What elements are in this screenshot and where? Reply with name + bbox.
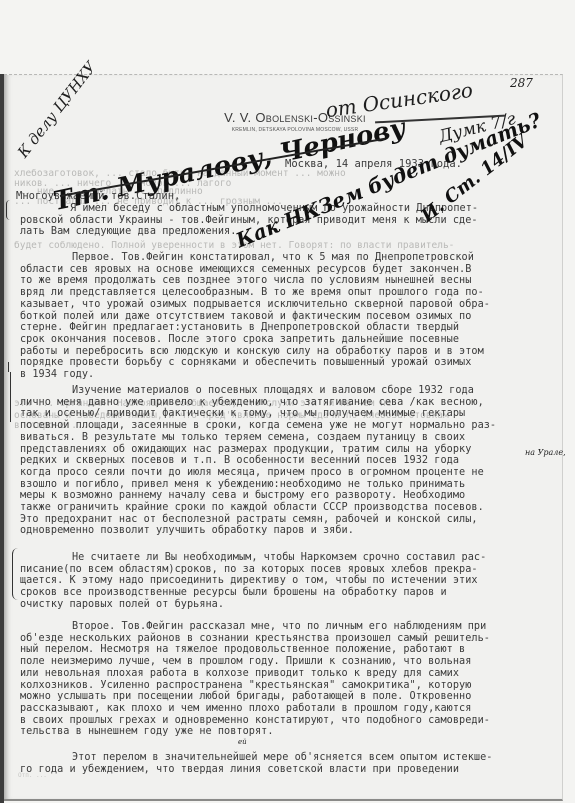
body-line: Изучение материалов о посевных площадях … [72, 385, 474, 396]
body-line: поле неизмеримо лучше, чем в прошлом год… [20, 656, 471, 667]
body-line: редких и скверных посевов и т.п. В особе… [20, 455, 459, 466]
margin-bracket-mark [12, 548, 19, 600]
body-line: виваться. В результате мы только теряем … [20, 432, 465, 443]
body-line: одновременно позволит улучшить обработку… [20, 525, 354, 536]
body-line: го года и убеждением, что твердая линия … [20, 764, 459, 775]
body-line: Первое. Тов.Фейгин констатировал, что к … [72, 252, 474, 263]
margin-bracket-mark [10, 372, 14, 422]
margin-bracket-mark [6, 200, 10, 220]
body-line: представлениях об ожидающих нас размерах… [20, 444, 471, 455]
body-line: посевной площади, засеянные в сроки, ког… [20, 420, 496, 431]
body-line: в 1934 году. [20, 369, 94, 380]
body-line: сроков все производственные ресурсы были… [20, 587, 447, 598]
body-line: об'езде нескольких районов в сознании кр… [20, 633, 490, 644]
handwritten-page-number: 287 [510, 76, 533, 90]
footer-stamp: Отп. ... [18, 772, 47, 779]
handwritten-correction: ей [238, 738, 247, 746]
body-line: писание(по всем областям)сроков, по за к… [20, 564, 478, 575]
body-line: взошло и погибло, привел меня к убеждени… [20, 479, 465, 490]
body-line: тельства в нынешнем году уже не повторят… [20, 726, 274, 737]
body-line: срок окончания посевов. После этого срок… [20, 334, 459, 345]
body-line: стерне. Фейгин предлагает:установить в Д… [20, 322, 459, 333]
body-line: порядке провести борьбу с сорняками и об… [20, 357, 471, 368]
body-line: лать Вам следующие два предложения. [20, 226, 236, 237]
body-line: также ограничить крайние сроки по каждой… [20, 502, 484, 513]
body-line: колхозников. Усиленно распространена "кр… [20, 680, 471, 691]
body-line: или невольная плохая работа в колхозе пр… [20, 668, 459, 679]
body-line: Второе. Тов.Фейгин рассказал мне, что по… [72, 621, 486, 632]
body-line: вряд ли представляется целесообразным. В… [20, 287, 484, 298]
body-line: очистку паровых полей от бурьяна. [20, 599, 224, 610]
body-line: то же время продолжать сев позднее этого… [20, 275, 471, 286]
body-line: Не считаете ли Вы необходимым, чтобы Нар… [72, 552, 486, 563]
body-line: работы и перебросить всю людскую и конск… [20, 346, 484, 357]
body-line: Этот перелом в значительнейшей мере об'я… [72, 752, 492, 763]
body-line: можно услышать при посещении любой брига… [20, 691, 471, 702]
body-line: казывает, что урожай озимых подрывается … [20, 299, 490, 310]
body-line: лично меня давно уже привело к убеждению… [20, 397, 484, 408]
body-line: когда просо сеяли почти до июля месяца, … [20, 467, 484, 478]
body-line: боткой полей или даже отсутствием таково… [20, 311, 471, 322]
body-line: области сев яровых на основе имеющихся с… [20, 264, 471, 275]
body-line: меры к возможно раннему началу сева и бы… [20, 490, 465, 501]
body-line: рассказывают, как плохо и чем именно пло… [20, 703, 471, 714]
body-line: ный перелом. Несмотря на тяжелое продово… [20, 644, 465, 655]
handwritten-margin-note: на Урале, [525, 448, 566, 457]
body-line: в своих прошлых грехах и одновременно ко… [20, 715, 490, 726]
body-line: Это предохранит нас от бесполезной растр… [20, 514, 478, 525]
bleed-through-line: будет соблюдено. Полной уверенности в эт… [14, 240, 454, 251]
margin-bracket-mark [8, 362, 12, 372]
body-line: щается. К этому надо присоединить директ… [20, 575, 478, 586]
body-line: так и осенью/ приводит фактически к тому… [20, 408, 465, 419]
